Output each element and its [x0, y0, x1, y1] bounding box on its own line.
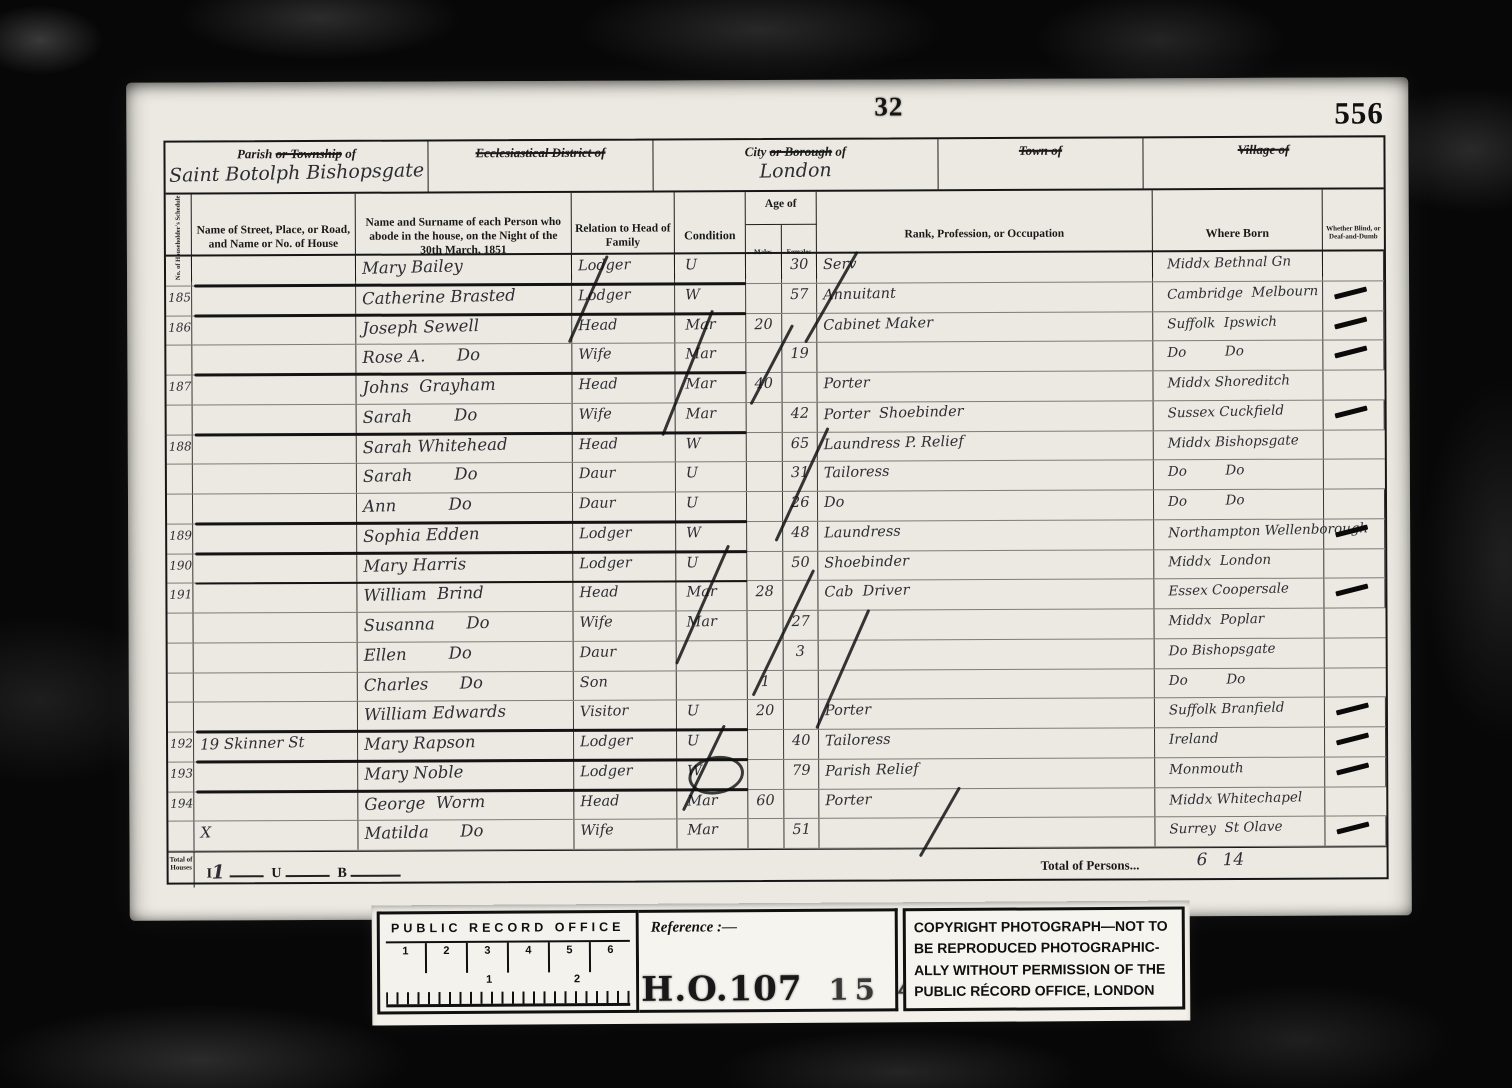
cell-born: Suffolk Ipswich — [1153, 311, 1323, 340]
cell-street — [193, 553, 357, 582]
ruler-number: 2 — [427, 943, 468, 973]
cell-agem: 20 — [748, 700, 784, 729]
district-value: Saint Botolph Bishopsgate — [165, 159, 427, 187]
cell-agef: 79 — [784, 760, 819, 789]
cell-sch — [168, 673, 194, 702]
cell-occ — [819, 639, 1155, 669]
cell-name: George Worm — [358, 790, 574, 820]
cell-street — [192, 256, 356, 285]
cell-born: Middx Whitechapel — [1155, 787, 1325, 816]
copyright-text-line: PUBLIC RÉCORD OFFICE, LONDON — [914, 979, 1174, 1002]
cell-agef: 42 — [783, 403, 818, 432]
cell-blind — [1324, 400, 1385, 429]
cell-blind — [1324, 430, 1385, 459]
district-value: London — [653, 157, 937, 185]
cell-occ: Tailoress — [818, 461, 1154, 491]
cell-born: Do Do — [1154, 490, 1324, 519]
cell-occ: Porter Shoebinder — [818, 401, 1154, 431]
cell-sch — [168, 643, 194, 672]
cell-name: Sophia Edden — [357, 523, 573, 553]
cell-born: Do Bishopsgate — [1155, 638, 1325, 667]
cell-name: Susanna Do — [357, 612, 573, 642]
ruler-number: 4 — [509, 942, 550, 972]
cell-occ: Laundress — [818, 520, 1154, 550]
cell-name: Rose A. Do — [356, 344, 572, 374]
cell-street — [192, 315, 356, 344]
cell-born: Sussex Cuckfield — [1154, 400, 1324, 429]
cell-agef: 30 — [782, 254, 817, 283]
cell-born: Cambridge Melbourn — [1153, 281, 1323, 310]
cell-sch: 186 — [166, 316, 192, 345]
cell-born: Middx London — [1154, 549, 1324, 578]
cell-street — [193, 494, 357, 523]
cell-sch — [167, 465, 193, 494]
cell-cond: Mar — [675, 343, 746, 372]
cell-born: Surrey St Olave — [1155, 817, 1325, 846]
cell-rel: Head — [573, 433, 676, 462]
building-label: B — [337, 866, 346, 881]
cell-sch: 194 — [168, 792, 194, 821]
cell-rel: Daur — [574, 641, 677, 670]
cell-born: Northampton Wellenborough — [1154, 519, 1324, 548]
cell-street: X — [194, 821, 358, 850]
cell-street — [194, 672, 358, 701]
cell-blind — [1324, 608, 1385, 637]
cell-sch: 185 — [166, 286, 192, 315]
cell-occ: Laundress P. Relief — [818, 431, 1154, 461]
ruler-number: 3 — [468, 943, 509, 973]
reference-box: Reference :— H.O.10715 4 — [639, 908, 899, 1013]
cell-agem — [748, 730, 784, 759]
cell-rel: Head — [573, 582, 676, 611]
cell-agef — [782, 373, 817, 402]
archive-strip: PUBLIC RECORD OFFICE 123456 1 2 Referenc… — [372, 901, 1191, 1026]
cell-born: Middx Bishopsgate — [1154, 430, 1324, 459]
cell-street — [192, 375, 356, 404]
cell-sch: 192 — [168, 733, 194, 762]
ruler-inch-1: 1 — [486, 974, 492, 986]
cell-agem: 60 — [748, 789, 784, 818]
cell-rel: Wife — [573, 611, 676, 640]
cell-name: Mary Noble — [358, 761, 574, 791]
cell-cond: W — [676, 433, 747, 462]
cell-blind — [1325, 757, 1386, 786]
cell-street — [193, 434, 357, 463]
cell-blind — [1324, 489, 1385, 518]
district-cell-2: City or Borough ofLondon — [653, 139, 938, 190]
cell-blind — [1325, 787, 1386, 816]
census-table: Parish or Township ofSaint Botolph Bisho… — [163, 135, 1388, 884]
males-total: 6 — [1197, 850, 1208, 870]
cell-born: Monmouth — [1155, 757, 1325, 786]
cell-agef: 27 — [783, 611, 818, 640]
cell-street: 19 Skinner St — [194, 732, 358, 761]
cell-blind — [1324, 460, 1385, 489]
cell-blind — [1323, 281, 1384, 310]
cell-blind — [1324, 519, 1385, 548]
cell-name: Sarah Do — [357, 404, 573, 434]
cell-rel: Lodger — [572, 254, 675, 283]
cell-agem: 20 — [746, 313, 782, 342]
ruler-inch-2: 2 — [574, 973, 580, 985]
cell-agef: 3 — [784, 641, 819, 670]
cell-born: Suffolk Branfield — [1155, 698, 1325, 727]
total-houses-label: Total of Houses — [169, 853, 195, 888]
ruler-number: 1 — [386, 943, 427, 973]
cell-sch — [167, 405, 193, 434]
cell-occ: Cab Driver — [818, 580, 1154, 610]
reference-label: Reference :— — [639, 911, 895, 937]
cell-blind — [1324, 579, 1385, 608]
cell-rel: Visitor — [574, 701, 677, 730]
cell-occ: Parish Relief — [819, 758, 1155, 788]
cell-sch — [166, 346, 192, 375]
cell-agem — [748, 760, 784, 789]
cell-name: William Edwards — [358, 701, 574, 731]
census-rows: Mary BaileyLodgerU30ServMiddx Bethnal Gn… — [166, 251, 1387, 851]
cell-sch — [168, 703, 194, 732]
cell-sch — [167, 495, 193, 524]
cell-agef: 48 — [783, 522, 818, 551]
cell-agef — [784, 700, 819, 729]
cell-street — [193, 524, 357, 553]
cell-occ: Porter — [819, 788, 1155, 818]
total-persons-label: Total of Persons... — [1041, 857, 1140, 873]
houses-tally: I1UB — [207, 860, 409, 883]
copyright-text-line: COPYRIGHT PHOTOGRAPH—NOT TO — [914, 916, 1174, 939]
cell-name: Ellen Do — [358, 642, 574, 672]
cell-blind — [1325, 817, 1386, 846]
cell-agef: 57 — [782, 284, 817, 313]
cell-street — [193, 405, 357, 434]
page-number: 32 — [874, 91, 903, 122]
copyright-box: COPYRIGHT PHOTOGRAPH—NOT TOBE REPRODUCED… — [903, 907, 1186, 1012]
cell-rel: Head — [572, 314, 675, 343]
cell-occ: Serv — [817, 252, 1153, 282]
cell-cond — [677, 671, 748, 700]
cell-name: William Brind — [357, 582, 573, 612]
copyright-text-line: BE REPRODUCED PHOTOGRAPHIC- — [914, 937, 1174, 960]
cell-rel: Wife — [573, 403, 676, 432]
cell-sch: 191 — [167, 584, 193, 613]
census-paper: 32 556 Parish or Township ofSaint Botolp… — [126, 77, 1412, 921]
cell-street — [192, 286, 356, 315]
cell-street — [192, 345, 356, 374]
cell-sch — [166, 257, 192, 286]
cell-agem — [747, 611, 783, 640]
cell-blind — [1323, 341, 1384, 370]
cell-rel: Lodger — [574, 760, 677, 789]
cell-rel: Wife — [572, 344, 675, 373]
cell-cond: U — [677, 700, 748, 729]
cell-sch — [168, 822, 194, 851]
cell-name: Johns Grayham — [356, 374, 572, 404]
cell-name: Sarah Do — [357, 463, 573, 493]
cell-blind — [1324, 549, 1385, 578]
cell-cond: W — [676, 522, 747, 551]
cell-agem — [747, 492, 783, 521]
pro-title: PUBLIC RECORD OFFICE — [380, 913, 636, 936]
cell-blind — [1325, 638, 1386, 667]
cell-occ: Do — [818, 490, 1154, 520]
cell-rel: Lodger — [573, 552, 676, 581]
cell-name: Mary Bailey — [356, 255, 572, 285]
cell-rel: Daur — [573, 463, 676, 492]
cell-agem — [747, 403, 783, 432]
cell-sch: 188 — [167, 435, 193, 464]
cell-agef: 40 — [784, 730, 819, 759]
cell-agem — [747, 432, 783, 461]
cell-agef: 51 — [784, 819, 819, 848]
cell-rel: Son — [574, 671, 677, 700]
cell-rel: Wife — [574, 820, 677, 849]
cell-sch: 189 — [167, 524, 193, 553]
cell-occ: Cabinet Maker — [817, 312, 1153, 342]
cell-cond: U — [676, 462, 747, 491]
cell-born: Middx Shoreditch — [1153, 371, 1323, 400]
cell-blind — [1325, 698, 1386, 727]
district-cell-0: Parish or Township ofSaint Botolph Bisho… — [165, 141, 428, 192]
cell-blind — [1325, 727, 1386, 756]
cell-name: Charles Do — [358, 671, 574, 701]
cell-cond — [677, 641, 748, 670]
cell-cond: Mar — [677, 819, 748, 848]
cell-agef: 19 — [782, 343, 817, 372]
cell-blind — [1323, 370, 1384, 399]
cell-name: Joseph Sewell — [356, 314, 572, 344]
cell-agem — [747, 551, 783, 580]
cell-agef — [784, 789, 819, 818]
cell-agef: 50 — [783, 551, 818, 580]
ho-stamp: H.O.10715 4 — [641, 968, 923, 1010]
cell-cond: Mar — [676, 403, 747, 432]
cell-occ: Annuitant — [817, 282, 1153, 312]
cell-street — [194, 702, 358, 731]
cell-agem — [746, 284, 782, 313]
district-header-band: Parish or Township ofSaint Botolph Bisho… — [165, 137, 1383, 194]
cell-street — [193, 464, 357, 493]
folio-number: 556 — [1334, 95, 1384, 131]
cell-street — [194, 643, 358, 672]
column-header-band: No. of Householder's Schedule Name of St… — [166, 189, 1384, 256]
cell-sch: 193 — [168, 762, 194, 791]
cell-born: Do Do — [1155, 668, 1325, 697]
cell-blind — [1323, 251, 1384, 280]
cell-born: Essex Coopersale — [1154, 579, 1324, 608]
cell-occ — [818, 609, 1154, 639]
photo-background: 32 556 Parish or Township ofSaint Botolp… — [0, 0, 1512, 1088]
cell-occ — [817, 342, 1153, 372]
cell-rel: Daur — [573, 492, 676, 521]
cell-name: Sarah Whitehead — [357, 433, 573, 463]
ruler-number: 6 — [591, 942, 630, 972]
cell-agem: 28 — [747, 581, 783, 610]
district-cell-3: Town of — [938, 138, 1143, 189]
inhabited-value: 1 — [212, 861, 226, 883]
cell-occ — [819, 818, 1155, 848]
cell-rel: Lodger — [573, 522, 676, 551]
cell-born: Ireland — [1155, 728, 1325, 757]
cell-sch: 190 — [167, 554, 193, 583]
uninhabited-label: U — [271, 866, 281, 881]
cell-rel: Head — [574, 790, 677, 819]
pro-ruler-box: PUBLIC RECORD OFFICE 123456 1 2 — [377, 910, 640, 1015]
cell-born: Do Do — [1154, 460, 1324, 489]
cell-cond: U — [676, 552, 747, 581]
cell-born: Middx Bethnal Gn — [1153, 252, 1323, 281]
cell-street — [193, 613, 357, 642]
cell-street — [194, 791, 358, 820]
totals-row: Total of Houses I1UB Total of Persons...… — [169, 846, 1387, 887]
cell-name: Catherine Brasted — [356, 285, 572, 315]
cell-occ: Porter — [819, 699, 1155, 729]
cell-born: Do Do — [1153, 341, 1323, 370]
ruler-scale-bottom: 1 2 — [386, 975, 630, 1007]
cell-agem — [747, 462, 783, 491]
cell-rel: Head — [572, 373, 675, 402]
cell-agem — [746, 254, 782, 283]
cell-occ: Shoebinder — [818, 550, 1154, 580]
cell-blind — [1325, 668, 1386, 697]
cell-cond: U — [675, 254, 746, 283]
cell-cond: W — [675, 284, 746, 313]
cell-name: Ann Do — [357, 493, 573, 523]
district-cell-4: Village of — [1143, 137, 1383, 188]
ruler-scale-top: 123456 — [386, 940, 630, 973]
cell-born: Middx Poplar — [1154, 609, 1324, 638]
cell-occ: Tailoress — [819, 728, 1155, 758]
cell-occ: Porter — [817, 371, 1153, 401]
cell-cond: U — [676, 492, 747, 521]
ruler-number: 5 — [550, 942, 591, 972]
cell-blind — [1323, 311, 1384, 340]
cell-agef — [784, 670, 819, 699]
cell-rel: Lodger — [574, 730, 677, 759]
cell-sch: 187 — [166, 376, 192, 405]
cell-name: Mary Rapson — [358, 731, 574, 761]
cell-sch — [167, 614, 193, 643]
cell-name: Matilda Do — [358, 820, 574, 850]
females-total: 14 — [1223, 850, 1245, 870]
copyright-text-line: ALLY WITHOUT PERMISSION OF THE — [914, 958, 1174, 981]
cell-street — [193, 583, 357, 612]
cell-name: Mary Harris — [357, 552, 573, 582]
cell-street — [194, 762, 358, 791]
district-cell-1: Ecclesiastical District of — [428, 141, 653, 192]
cell-occ — [819, 669, 1155, 699]
cell-agem — [748, 819, 784, 848]
